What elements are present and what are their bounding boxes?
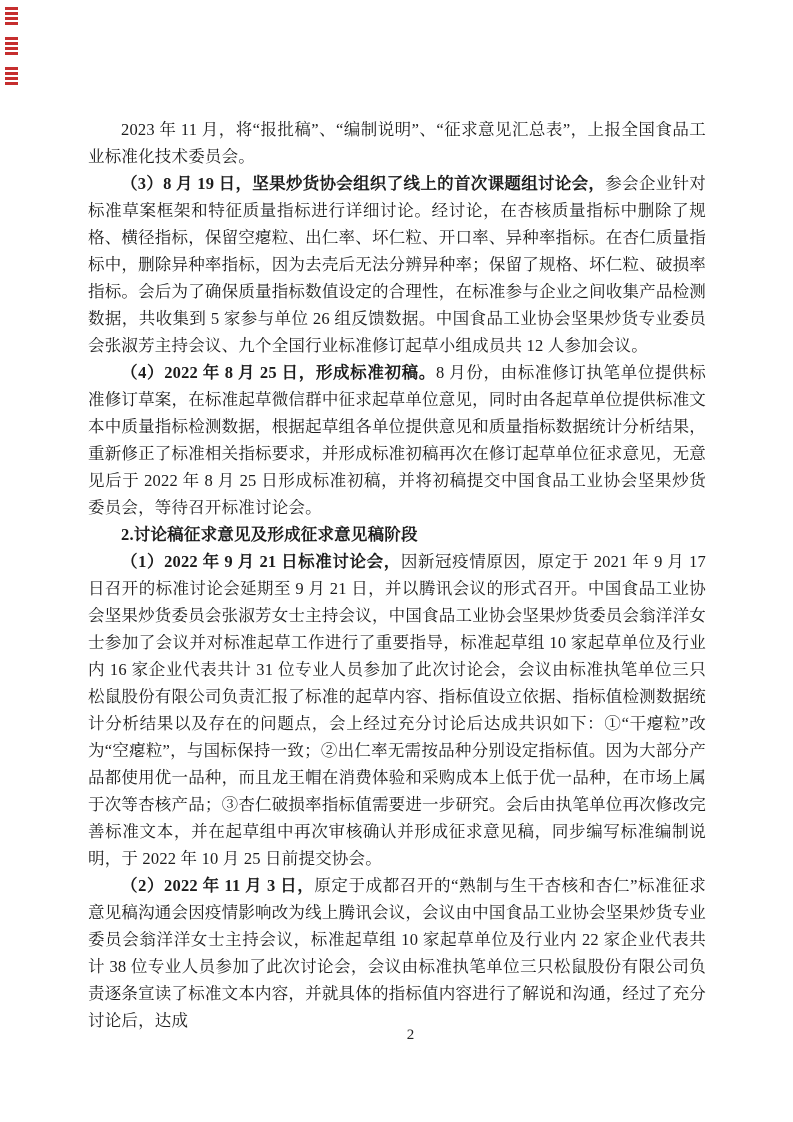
red-edge-artifact — [5, 7, 18, 27]
paragraph-text: 原定于成都召开的“熟制与生干杏核和杏仁”标准征求意见稿沟通会因疫情影响改为线上腾… — [88, 876, 706, 1030]
paragraph-item-4: （4）2022 年 8 月 25 日，形成标准初稿。8 月份，由标准修订执笔单位… — [88, 359, 706, 521]
red-edge-artifact — [5, 37, 18, 57]
paragraph-text: 8 月份，由标准修订执笔单位提供标准修订草案，在标准起草微信群中征求起草单位意见… — [88, 363, 706, 517]
paragraph-text: 参会企业针对标准草案框架和特征质量指标进行详细讨论。经讨论，在杏核质量指标中删除… — [88, 174, 706, 355]
paragraph-text: 2023 年 11 月，将“报批稿”、“编制说明”、“征求意见汇总表”，上报全国… — [88, 120, 706, 166]
paragraph-lead: （4）2022 年 8 月 25 日，形成标准初稿。 — [121, 363, 436, 382]
paragraph-lead: （2）2022 年 11 月 3 日， — [121, 876, 314, 895]
section-heading: 2.讨论稿征求意见及形成征求意见稿阶段 — [88, 521, 706, 548]
document-body: 2023 年 11 月，将“报批稿”、“编制说明”、“征求意见汇总表”，上报全国… — [88, 116, 706, 1034]
paragraph-item-3: （3）8 月 19 日，坚果炒货协会组织了线上的首次课题组讨论会，参会企业针对标… — [88, 170, 706, 359]
paragraph-item-2: （2）2022 年 11 月 3 日，原定于成都召开的“熟制与生干杏核和杏仁”标… — [88, 872, 706, 1034]
paragraph-text: 因新冠疫情原因，原定于 2021 年 9 月 17 日召开的标准讨论会延期至 9… — [88, 552, 706, 868]
page-number: 2 — [0, 1025, 793, 1045]
red-edge-artifact — [5, 67, 18, 87]
paragraph-item-1: （1）2022 年 9 月 21 日标准讨论会，因新冠疫情原因，原定于 2021… — [88, 548, 706, 872]
document-page: 2023 年 11 月，将“报批稿”、“编制说明”、“征求意见汇总表”，上报全国… — [0, 0, 793, 1122]
paragraph-report-submission: 2023 年 11 月，将“报批稿”、“编制说明”、“征求意见汇总表”，上报全国… — [88, 116, 706, 170]
paragraph-lead: （1）2022 年 9 月 21 日标准讨论会， — [121, 552, 401, 571]
paragraph-lead: （3）8 月 19 日，坚果炒货协会组织了线上的首次课题组讨论会， — [121, 174, 605, 193]
